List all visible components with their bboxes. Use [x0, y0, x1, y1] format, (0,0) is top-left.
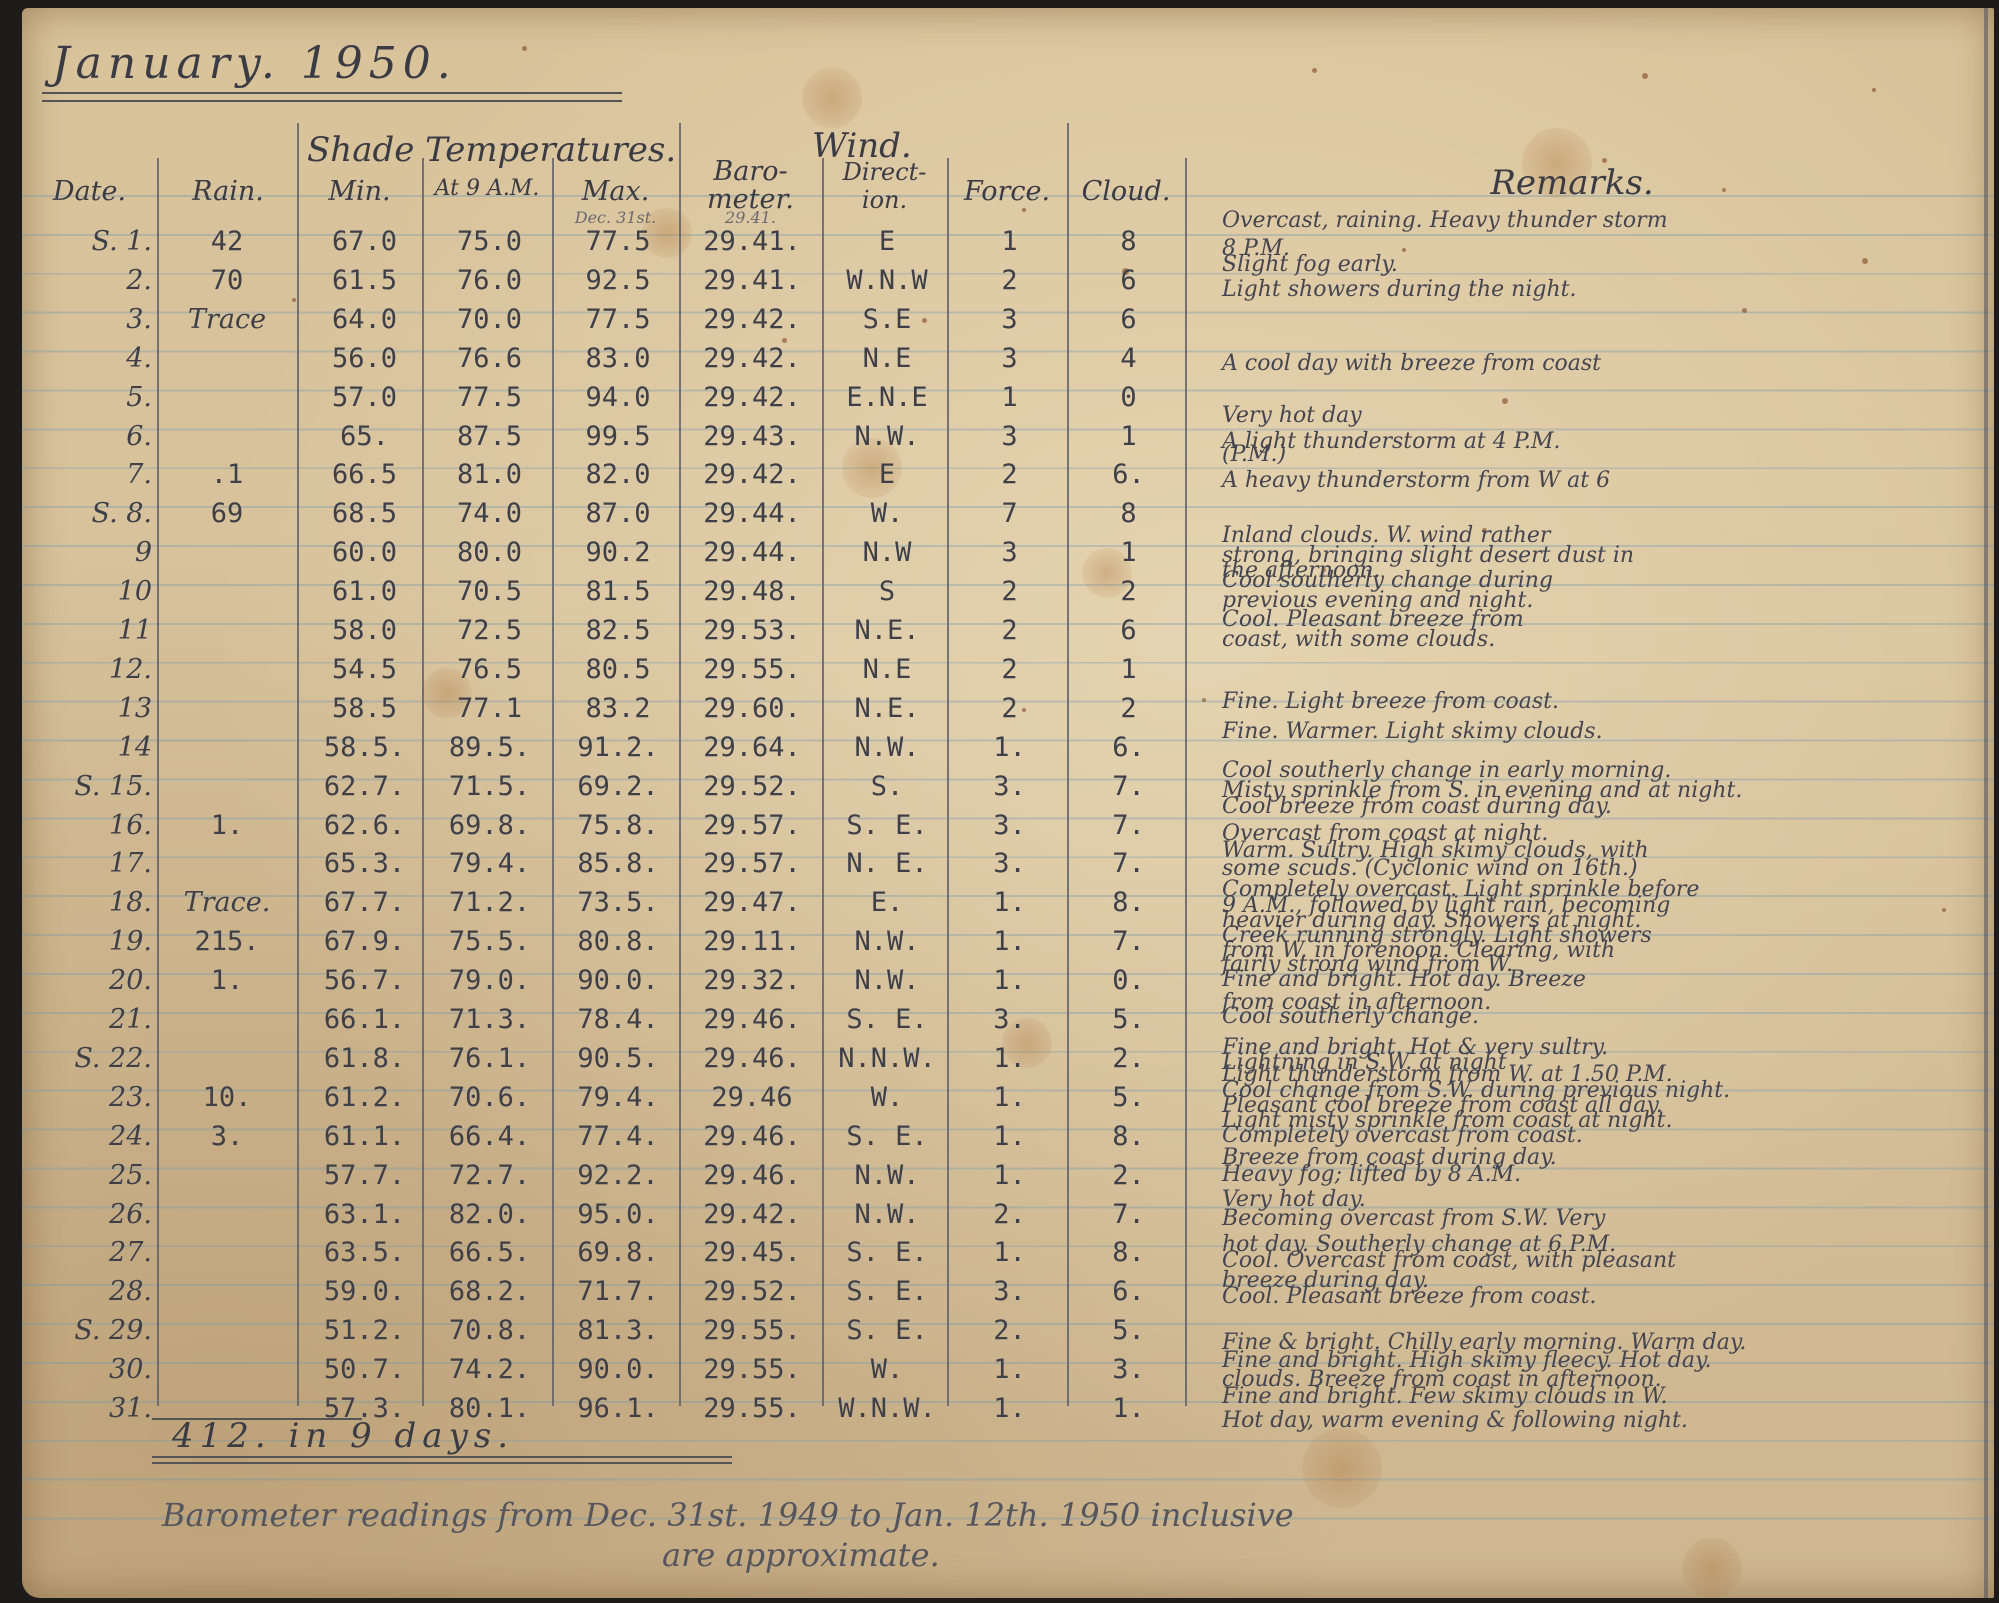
- cell-cloud: 8.: [1072, 1121, 1185, 1152]
- cell-date: 31.: [22, 1393, 152, 1424]
- cell-cloud: 2: [1072, 693, 1185, 724]
- column-header-cloud: Cloud.: [1067, 176, 1185, 207]
- cell-9am: 74.0: [427, 498, 552, 529]
- cell-barometer: 29.48.: [682, 576, 822, 607]
- cell-max: 90.0.: [557, 965, 679, 996]
- cell-wind-direction: S: [827, 576, 947, 607]
- cell-wind-force: 2: [952, 654, 1067, 685]
- cell-min: 66.5: [307, 459, 422, 490]
- cell-wind-force: 1.: [952, 965, 1067, 996]
- footnote-line-2: are approximate.: [662, 1536, 940, 1574]
- cell-9am: 66.5.: [427, 1237, 552, 1268]
- cell-wind-direction: N.E: [827, 343, 947, 374]
- cell-9am: 69.8.: [427, 810, 552, 841]
- foxing-spot: [1722, 188, 1726, 192]
- cell-min: 67.7.: [307, 887, 422, 918]
- cell-wind-direction: E.N.E: [827, 382, 947, 413]
- cell-wind-force: 1: [952, 226, 1067, 257]
- cell-barometer: 29.55.: [682, 1393, 822, 1424]
- cell-barometer: 29.42.: [682, 304, 822, 335]
- remark-line: Overcast, raining. Heavy thunder storm: [1222, 208, 1668, 233]
- cell-rain: Trace.: [162, 887, 292, 918]
- cell-wind-force: 2: [952, 576, 1067, 607]
- cell-barometer: 29.11.: [682, 926, 822, 957]
- cell-rain: 1.: [162, 810, 292, 841]
- cell-9am: 70.8.: [427, 1315, 552, 1346]
- cell-max: 83.0: [557, 343, 679, 374]
- cell-barometer: 29.57.: [682, 810, 822, 841]
- cell-wind-direction: N.E: [827, 654, 947, 685]
- cell-9am: 75.5.: [427, 926, 552, 957]
- cell-date: 9: [22, 537, 152, 568]
- cell-cloud: 6: [1072, 615, 1185, 646]
- cell-cloud: 1: [1072, 421, 1185, 452]
- footnote-line-1: Barometer readings from Dec. 31st. 1949 …: [162, 1496, 1294, 1534]
- cell-max: 83.2: [557, 693, 679, 724]
- cell-wind-force: 1.: [952, 1160, 1067, 1191]
- cell-wind-force: 3: [952, 304, 1067, 335]
- cell-barometer: 29.42.: [682, 459, 822, 490]
- cell-cloud: 1.: [1072, 1393, 1185, 1424]
- column-rule-baro: [822, 158, 824, 1406]
- cell-barometer: 29.60.: [682, 693, 822, 724]
- cell-date: S. 8.: [22, 498, 152, 529]
- cell-barometer: 29.47.: [682, 887, 822, 918]
- cell-barometer: 29.44.: [682, 498, 822, 529]
- cell-wind-direction: S.E: [827, 304, 947, 335]
- cell-cloud: 7.: [1072, 1199, 1185, 1230]
- cell-rain: Trace: [162, 304, 292, 335]
- foxing-spot: [1022, 208, 1026, 212]
- cell-barometer: 29.32.: [682, 965, 822, 996]
- cell-barometer: 29.46.: [682, 1004, 822, 1035]
- cell-wind-force: 1.: [952, 1354, 1067, 1385]
- foxing-stain: [802, 68, 862, 128]
- column-rule-cloud: [1185, 158, 1187, 1406]
- cell-9am: 71.5.: [427, 771, 552, 802]
- cell-9am: 74.2.: [427, 1354, 552, 1385]
- cell-9am: 70.6.: [427, 1082, 552, 1113]
- cell-wind-direction: W.: [827, 498, 947, 529]
- cell-9am: 77.5: [427, 382, 552, 413]
- cell-wind-direction: S. E.: [827, 1004, 947, 1035]
- cell-min: 63.1.: [307, 1199, 422, 1230]
- cell-wind-force: 3: [952, 343, 1067, 374]
- column-header-date: Date.: [22, 176, 157, 207]
- cell-wind-direction: W.: [827, 1354, 947, 1385]
- remark-line: Slight fog early.: [1222, 252, 1398, 277]
- column-rule-max: [679, 123, 681, 1406]
- cell-date: 25.: [22, 1160, 152, 1191]
- cell-date: S. 29.: [22, 1315, 152, 1346]
- cell-barometer: 29.46.: [682, 1160, 822, 1191]
- cell-9am: 76.6: [427, 343, 552, 374]
- column-rule-9am: [552, 158, 554, 1406]
- cell-9am: 71.2.: [427, 887, 552, 918]
- cell-9am: 79.0.: [427, 965, 552, 996]
- cell-date: 14: [22, 732, 152, 763]
- cell-min: 51.2.: [307, 1315, 422, 1346]
- cell-cloud: 5.: [1072, 1315, 1185, 1346]
- cell-cloud: 7.: [1072, 771, 1185, 802]
- cell-cloud: 7.: [1072, 926, 1185, 957]
- cell-max: 91.2.: [557, 732, 679, 763]
- cell-wind-force: 3.: [952, 1004, 1067, 1035]
- cell-rain: 1.: [162, 965, 292, 996]
- cell-wind-force: 2.: [952, 1199, 1067, 1230]
- cell-barometer: 29.46.: [682, 1121, 822, 1152]
- cell-wind-force: 3: [952, 537, 1067, 568]
- cell-wind-force: 3: [952, 421, 1067, 452]
- cell-date: 2.: [22, 265, 152, 296]
- cell-wind-direction: N.W.: [827, 926, 947, 957]
- cell-wind-direction: N.W.: [827, 732, 947, 763]
- cell-wind-force: 3.: [952, 771, 1067, 802]
- cell-max: 77.5: [557, 304, 679, 335]
- cell-max: 82.0: [557, 459, 679, 490]
- cell-barometer: 29.55.: [682, 1354, 822, 1385]
- cell-min: 66.1.: [307, 1004, 422, 1035]
- cell-min: 65.3.: [307, 848, 422, 879]
- cell-wind-force: 1.: [952, 926, 1067, 957]
- cell-wind-force: 3.: [952, 1276, 1067, 1307]
- remark-line: A heavy thunderstorm from W at 6: [1222, 468, 1610, 493]
- cell-barometer: 29.45.: [682, 1237, 822, 1268]
- cell-wind-direction: S. E.: [827, 1237, 947, 1268]
- cell-cloud: 6.: [1072, 732, 1185, 763]
- cell-max: 92.5: [557, 265, 679, 296]
- cell-9am: 68.2.: [427, 1276, 552, 1307]
- cell-wind-direction: W.N.W: [827, 265, 947, 296]
- cell-cloud: 6.: [1072, 459, 1185, 490]
- cell-min: 61.2.: [307, 1082, 422, 1113]
- cell-wind-direction: S. E.: [827, 1315, 947, 1346]
- foxing-spot: [1942, 908, 1946, 912]
- column-header-max: Max.: [552, 176, 679, 207]
- cell-9am: 80.0: [427, 537, 552, 568]
- cell-max: 94.0: [557, 382, 679, 413]
- foxing-spot: [1872, 88, 1876, 92]
- cell-rain: .1: [162, 459, 292, 490]
- cell-date: 17.: [22, 848, 152, 879]
- cell-max: 71.7.: [557, 1276, 679, 1307]
- cell-wind-direction: W.N.W.: [827, 1393, 947, 1424]
- cell-cloud: 8: [1072, 226, 1185, 257]
- cell-min: 57.0: [307, 382, 422, 413]
- cell-min: 65.: [307, 421, 422, 452]
- cell-wind-direction: N. E.: [827, 848, 947, 879]
- cell-max: 80.8.: [557, 926, 679, 957]
- cell-max: 75.8.: [557, 810, 679, 841]
- cell-barometer: 29.44.: [682, 537, 822, 568]
- cell-wind-direction: N.W: [827, 537, 947, 568]
- cell-9am: 72.5: [427, 615, 552, 646]
- cell-cloud: 5.: [1072, 1082, 1185, 1113]
- cell-wind-force: 2: [952, 693, 1067, 724]
- cell-date: 16.: [22, 810, 152, 841]
- remark-line: Fine and bright. Hot day. Breeze: [1222, 967, 1586, 992]
- cell-9am: 66.4.: [427, 1121, 552, 1152]
- cell-wind-direction: N.W.: [827, 421, 947, 452]
- cell-date: 30.: [22, 1354, 152, 1385]
- cell-date: 4.: [22, 343, 152, 374]
- cell-min: 61.0: [307, 576, 422, 607]
- cell-cloud: 0.: [1072, 965, 1185, 996]
- cell-cloud: 2.: [1072, 1043, 1185, 1074]
- barometer-carryover-note: 29.41.: [679, 208, 822, 227]
- max-carryover-note: Dec. 31st.: [552, 208, 679, 227]
- cell-cloud: 1: [1072, 654, 1185, 685]
- cell-wind-direction: N.E.: [827, 693, 947, 724]
- cell-wind-direction: E: [827, 226, 947, 257]
- cell-cloud: 0: [1072, 382, 1185, 413]
- cell-9am: 70.5: [427, 576, 552, 607]
- cell-rain: 215.: [162, 926, 292, 957]
- cell-date: 6.: [22, 421, 152, 452]
- cell-min: 63.5.: [307, 1237, 422, 1268]
- cell-wind-direction: S.: [827, 771, 947, 802]
- cell-rain: 10.: [162, 1082, 292, 1113]
- foxing-spot: [1312, 68, 1317, 73]
- remark-line: Hot day, warm evening & following night.: [1222, 1408, 1688, 1433]
- rain-total: 412. in 9 days.: [172, 1416, 514, 1456]
- cell-date: 28.: [22, 1276, 152, 1307]
- cell-barometer: 29.52.: [682, 1276, 822, 1307]
- cell-date: S. 22.: [22, 1043, 152, 1074]
- cell-wind-force: 2: [952, 615, 1067, 646]
- cell-9am: 76.1.: [427, 1043, 552, 1074]
- column-rule-dir: [947, 158, 949, 1406]
- cell-wind-force: 1.: [952, 1393, 1067, 1424]
- cell-max: 99.5: [557, 421, 679, 452]
- cell-wind-direction: N.N.W.: [827, 1043, 947, 1074]
- cell-max: 92.2.: [557, 1160, 679, 1191]
- cell-9am: 75.0: [427, 226, 552, 257]
- rain-total-underline: [152, 1456, 732, 1464]
- cell-date: 10: [22, 576, 152, 607]
- cell-min: 62.7.: [307, 771, 422, 802]
- cell-wind-direction: E: [827, 459, 947, 490]
- cell-wind-force: 1.: [952, 1121, 1067, 1152]
- cell-wind-force: 2.: [952, 1315, 1067, 1346]
- cell-9am: 77.1: [427, 693, 552, 724]
- cell-rain: 42: [162, 226, 292, 257]
- cell-wind-direction: S. E.: [827, 1121, 947, 1152]
- group-header-shade-temperatures: Shade Temperatures.: [307, 130, 676, 170]
- cell-max: 87.0: [557, 498, 679, 529]
- cell-min: 57.7.: [307, 1160, 422, 1191]
- foxing-spot: [1642, 73, 1648, 79]
- cell-barometer: 29.55.: [682, 1315, 822, 1346]
- cell-date: S. 15.: [22, 771, 152, 802]
- cell-barometer: 29.57.: [682, 848, 822, 879]
- cell-wind-direction: N.W.: [827, 1160, 947, 1191]
- cell-cloud: 8.: [1072, 887, 1185, 918]
- cell-max: 73.5.: [557, 887, 679, 918]
- cell-max: 85.8.: [557, 848, 679, 879]
- foxing-spot: [1402, 248, 1406, 252]
- cell-min: 58.5: [307, 693, 422, 724]
- cell-barometer: 29.64.: [682, 732, 822, 763]
- cell-cloud: 6: [1072, 265, 1185, 296]
- cell-wind-direction: S. E.: [827, 810, 947, 841]
- cell-wind-force: 1.: [952, 1237, 1067, 1268]
- cell-min: 61.8.: [307, 1043, 422, 1074]
- cell-wind-direction: E.: [827, 887, 947, 918]
- cell-max: 69.8.: [557, 1237, 679, 1268]
- foxing-spot: [1202, 698, 1206, 702]
- column-rule-force: [1067, 123, 1069, 1406]
- cell-date: S. 1.: [22, 226, 152, 257]
- ledger-page: January. 1950. Shade Temperatures. Wind.…: [22, 8, 1994, 1598]
- cell-cloud: 8: [1072, 498, 1185, 529]
- cell-9am: 76.5: [427, 654, 552, 685]
- cell-9am: 70.0: [427, 304, 552, 335]
- cell-barometer: 29.46.: [682, 1043, 822, 1074]
- cell-max: 80.5: [557, 654, 679, 685]
- cell-date: 23.: [22, 1082, 152, 1113]
- cell-date: 20.: [22, 965, 152, 996]
- column-rule-date: [157, 158, 159, 1406]
- column-header-rain: Rain.: [159, 176, 297, 207]
- remark-line: Very hot day: [1222, 403, 1362, 428]
- cell-9am: 81.0: [427, 459, 552, 490]
- foxing-stain: [1682, 1538, 1742, 1598]
- cell-wind-force: 3.: [952, 848, 1067, 879]
- cell-min: 68.5: [307, 498, 422, 529]
- column-rule-min: [422, 158, 424, 1406]
- cell-barometer: 29.46: [682, 1082, 822, 1113]
- cell-wind-force: 2: [952, 459, 1067, 490]
- page-binding-edge: [1984, 8, 1988, 1598]
- cell-barometer: 29.42.: [682, 343, 822, 374]
- cell-rain: 69: [162, 498, 292, 529]
- cell-min: 56.0: [307, 343, 422, 374]
- cell-min: 61.5: [307, 265, 422, 296]
- cell-wind-direction: S. E.: [827, 1276, 947, 1307]
- cell-date: 24.: [22, 1121, 152, 1152]
- remark-line: Heavy fog; lifted by 8 A.M.: [1222, 1162, 1521, 1187]
- cell-min: 62.6.: [307, 810, 422, 841]
- cell-9am: 79.4.: [427, 848, 552, 879]
- cell-9am: 72.7.: [427, 1160, 552, 1191]
- cell-cloud: 6.: [1072, 1276, 1185, 1307]
- cell-wind-force: 7: [952, 498, 1067, 529]
- foxing-spot: [292, 298, 296, 302]
- remark-line: Cool breeze from coast during day.: [1222, 794, 1612, 819]
- remark-line: Light showers during the night.: [1222, 277, 1576, 302]
- cell-min: 60.0: [307, 537, 422, 568]
- cell-wind-direction: N.E.: [827, 615, 947, 646]
- cell-wind-force: 1.: [952, 1043, 1067, 1074]
- cell-max: 77.5: [557, 226, 679, 257]
- cell-cloud: 2.: [1072, 1160, 1185, 1191]
- cell-date: 19.: [22, 926, 152, 957]
- cell-cloud: 6: [1072, 304, 1185, 335]
- remark-line: A cool day with breeze from coast: [1222, 351, 1601, 376]
- cell-cloud: 4: [1072, 343, 1185, 374]
- foxing-spot: [1862, 258, 1868, 264]
- cell-wind-direction: W.: [827, 1082, 947, 1113]
- cell-max: 79.4.: [557, 1082, 679, 1113]
- remark-line: Cool southerly change.: [1222, 1004, 1479, 1029]
- cell-9am: 82.0.: [427, 1199, 552, 1230]
- cell-min: 58.0: [307, 615, 422, 646]
- cell-rain: 70: [162, 265, 292, 296]
- cell-date: 12.: [22, 654, 152, 685]
- cell-date: 21.: [22, 1004, 152, 1035]
- cell-9am: 87.5: [427, 421, 552, 452]
- cell-max: 69.2.: [557, 771, 679, 802]
- cell-min: 54.5: [307, 654, 422, 685]
- cell-max: 90.0.: [557, 1354, 679, 1385]
- cell-date: 13: [22, 693, 152, 724]
- cell-barometer: 29.43.: [682, 421, 822, 452]
- cell-min: 58.5.: [307, 732, 422, 763]
- cell-date: 5.: [22, 382, 152, 413]
- cell-barometer: 29.55.: [682, 654, 822, 685]
- cell-date: 18.: [22, 887, 152, 918]
- remark-line: coast, with some clouds.: [1222, 627, 1495, 652]
- cell-max: 82.5: [557, 615, 679, 646]
- cell-barometer: 29.42.: [682, 382, 822, 413]
- column-header-remarks: Remarks.: [1422, 163, 1722, 203]
- cell-cloud: 7.: [1072, 810, 1185, 841]
- title-underline: [42, 92, 622, 102]
- cell-max: 96.1.: [557, 1393, 679, 1424]
- cell-rain: 3.: [162, 1121, 292, 1152]
- cell-cloud: 1: [1072, 537, 1185, 568]
- cell-barometer: 29.52.: [682, 771, 822, 802]
- cell-date: 26.: [22, 1199, 152, 1230]
- cell-barometer: 29.41.: [682, 226, 822, 257]
- cell-cloud: 2: [1072, 576, 1185, 607]
- cell-wind-force: 1.: [952, 732, 1067, 763]
- cell-min: 50.7.: [307, 1354, 422, 1385]
- cell-wind-force: 1.: [952, 1082, 1067, 1113]
- cell-date: 11: [22, 615, 152, 646]
- foxing-spot: [522, 46, 527, 51]
- cell-wind-force: 1.: [952, 887, 1067, 918]
- foxing-spot: [1502, 398, 1508, 404]
- cell-barometer: 29.41.: [682, 265, 822, 296]
- cell-9am: 71.3.: [427, 1004, 552, 1035]
- cell-wind-direction: N.W.: [827, 1199, 947, 1230]
- cell-cloud: 7.: [1072, 848, 1185, 879]
- foxing-spot: [1742, 308, 1747, 313]
- cell-min: 59.0.: [307, 1276, 422, 1307]
- cell-cloud: 5.: [1072, 1004, 1185, 1035]
- column-header-barometer: Baro-meter.: [679, 158, 822, 214]
- remark-line: (P.M.): [1222, 442, 1286, 467]
- cell-9am: 76.0: [427, 265, 552, 296]
- foxing-stain: [1302, 1428, 1382, 1508]
- page-title: January. 1950.: [52, 38, 457, 89]
- remark-line: Becoming overcast from S.W. Very: [1222, 1206, 1605, 1231]
- cell-cloud: 8.: [1072, 1237, 1185, 1268]
- cell-barometer: 29.42.: [682, 1199, 822, 1230]
- remark-line: Cool. Pleasant breeze from coast.: [1222, 1284, 1597, 1309]
- column-header-direction: Direct-ion.: [822, 158, 947, 214]
- cell-max: 81.5: [557, 576, 679, 607]
- cell-9am: 89.5.: [427, 732, 552, 763]
- cell-max: 81.3.: [557, 1315, 679, 1346]
- cell-barometer: 29.53.: [682, 615, 822, 646]
- cell-wind-force: 2: [952, 265, 1067, 296]
- cell-min: 67.0: [307, 226, 422, 257]
- column-header-min: Min.: [297, 176, 422, 207]
- cell-max: 77.4.: [557, 1121, 679, 1152]
